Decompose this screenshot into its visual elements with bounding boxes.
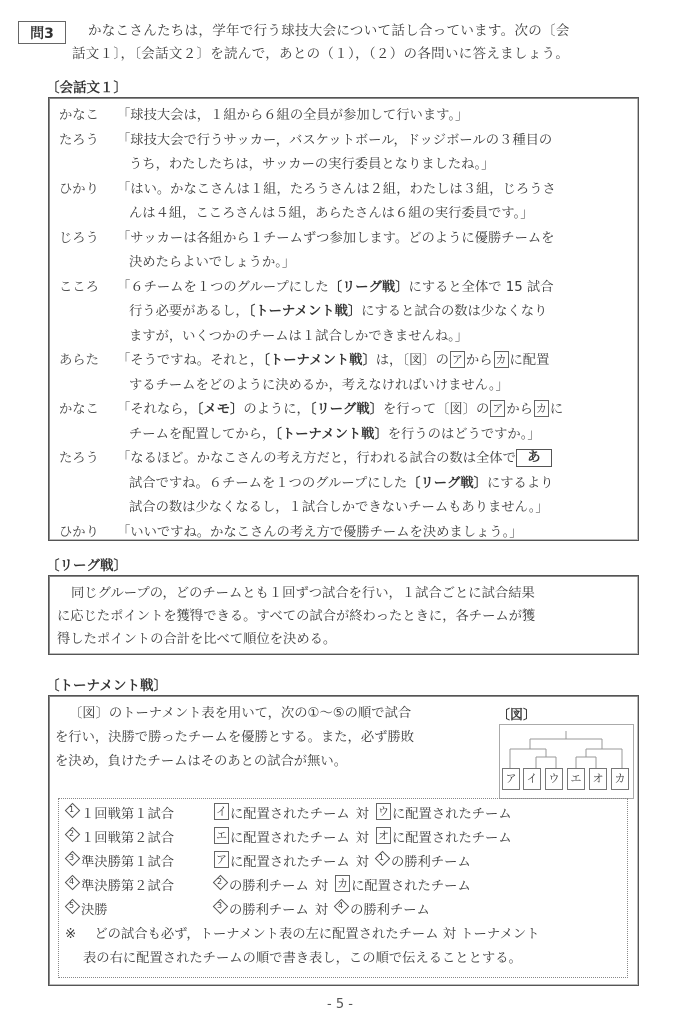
text: のように， xyxy=(243,402,309,417)
speaker: こころ xyxy=(59,276,117,350)
speech-line: 「６チームを１つのグループにした〔リーグ戦〕にすると全体で 15 試合 xyxy=(117,280,554,295)
speaker: かなこ xyxy=(59,398,117,447)
ruby-text: とく xyxy=(57,623,69,646)
diamond-number-icon: 4 xyxy=(65,875,78,888)
slot-i: イ xyxy=(523,768,541,790)
diamond-number-icon: 5 xyxy=(65,899,78,912)
diamond-number-icon: 2 xyxy=(213,875,226,888)
slot-box: ア xyxy=(214,851,229,868)
ruby-text: かくとく xyxy=(177,600,201,623)
slot-box: カ xyxy=(335,875,350,892)
ruby-kakutoku: かくとく獲得 xyxy=(177,609,204,624)
tournament-description: 〔図〕のトーナメント表を用いて，次の①～⑤の順で試合 を行い，決勝で勝ったチーム… xyxy=(63,702,491,774)
slot-box: エ xyxy=(214,827,229,844)
match-step-1: 1 １回戦第１試合 イに配置されたチーム 対 ウに配置されたチーム xyxy=(65,803,627,827)
diamond-number-icon: 3 xyxy=(213,899,226,912)
speech: 「そうですね。それと，〔トーナメント戦〕は，〔図〕のアからカに配置 するチームを… xyxy=(117,349,630,398)
conversation1-box: かなこ 「球技大会は，１組から６組の全員が参加して行います。」 たろう 「球技大… xyxy=(48,97,639,541)
text: の勝利チーム xyxy=(391,851,471,875)
speaker: ひかり xyxy=(59,178,117,227)
match-name: １回戦第２試合 xyxy=(81,827,213,851)
slot-a: ア xyxy=(502,768,520,790)
speech-line: 決めたらよいでしょうか。」 xyxy=(117,251,630,276)
speaker: じろう xyxy=(59,227,117,276)
match-step-3: 3 準決勝第１試合 アに配置されたチーム 対 1の勝利チーム xyxy=(65,851,627,875)
speech-line: 「それなら，〔メモ〕のように，〔リーグ戦〕を行って〔図〕のアからカに xyxy=(117,402,563,417)
text: に配置 xyxy=(510,353,550,368)
text: にするより xyxy=(487,476,553,491)
slot-a-box: ア xyxy=(450,351,465,368)
match-step-4: 4 準決勝第２試合 2の勝利チーム 対 カに配置されたチーム xyxy=(65,875,627,899)
speech: 「球技大会は，１組から６組の全員が参加して行います。」 xyxy=(117,104,630,129)
speech-line: チームを配置してから，〔トーナメント戦〕を行うのはどうですか。」 xyxy=(117,423,630,448)
diamond-number: 2 xyxy=(213,875,226,888)
memo-ref: 〔メモ〕 xyxy=(197,402,244,417)
ruby-toku: とく得 xyxy=(57,632,70,647)
match-name: 準決勝第２試合 xyxy=(81,875,213,899)
speech-line: んは４組，こころさんは５組，あらたさんは６組の実行委員です。」 xyxy=(117,202,630,227)
diamond-number: 2 xyxy=(65,827,78,840)
diamond-number-icon: 2 xyxy=(65,827,78,840)
text: に応じたポイントを xyxy=(57,609,177,624)
text: 「６チームを１つのグループにした xyxy=(117,280,329,295)
slot-box: ウ xyxy=(376,803,391,820)
speech: 「いいですね。かなこさんの考え方で優勝チームを決めましょう。」 xyxy=(117,521,630,546)
speech-line: 試合ですね。６チームを１つのグループにした〔リーグ戦〕にするより xyxy=(117,472,630,497)
match-step-5: 5 決勝 3の勝利チーム 対 4の勝利チーム xyxy=(65,899,627,923)
speech: 「はい。かなこさんは１組，たろうさんは２組，わたしは３組，じろうさ んは４組，こ… xyxy=(117,178,630,227)
text: にすると全体で 15 試合 xyxy=(408,280,553,295)
text: に xyxy=(550,402,563,417)
speech: 「サッカーは各組から１チームずつ参加します。どのように優勝チームを 決めたらよい… xyxy=(117,227,630,276)
question-number-box: 問3 xyxy=(18,21,66,44)
diamond-number-icon: 1 xyxy=(375,851,388,864)
match-step-2: 2 １回戦第２試合 エに配置されたチーム 対 オに配置されたチーム xyxy=(65,827,627,851)
match-name: 準決勝第１試合 xyxy=(81,851,213,875)
versus: 対 xyxy=(315,875,328,899)
text: の勝利チーム xyxy=(229,875,309,899)
diamond-number: 5 xyxy=(65,899,78,912)
text: 行う必要があるし， xyxy=(129,304,249,319)
speaker: たろう xyxy=(59,447,117,521)
slot-ka: カ xyxy=(611,768,629,790)
note-line-2: 表の右に配置されたチームの順で書き表し，この順で伝えることとする。 xyxy=(65,947,627,971)
text: 「それなら， xyxy=(117,402,197,417)
dialog-turn: あらた 「そうですね。それと，〔トーナメント戦〕は，〔図〕のアからカに配置 する… xyxy=(59,349,630,398)
text: を行って〔図〕の xyxy=(383,402,489,417)
text: 試合ですね。６チームを１つのグループにした xyxy=(129,476,407,491)
speaker: たろう xyxy=(59,129,117,178)
question-intro: かなこさんたちは，学年で行う球技大会について話し合っています。次の〔会 話文１〕… xyxy=(88,20,643,66)
diamond-number: 3 xyxy=(213,899,226,912)
diamond-number: 4 xyxy=(334,899,347,912)
diamond-number: 1 xyxy=(375,851,388,864)
text: に配置されたチーム xyxy=(230,803,350,827)
ruby-text: かく xyxy=(522,600,534,623)
desc-line: 〔図〕のトーナメント表を用いて，次の①～⑤の順で試合 xyxy=(63,702,491,726)
speech-line: うち，わたしたちは，サッカーの実行委員となりましたね。」 xyxy=(117,153,630,178)
text: したポイントの合計を比べて順位を決める。 xyxy=(70,632,336,647)
text: に配置されたチーム xyxy=(230,827,350,851)
text: に配置されたチーム xyxy=(392,827,512,851)
league-line-3: とく得したポイントの合計を比べて順位を決める。 xyxy=(57,628,632,651)
speech-line: 「はい。かなこさんは１組，たろうさんは２組，わたしは３組，じろうさ xyxy=(117,182,556,197)
dialog-turn: ひかり 「いいですね。かなこさんの考え方で優勝チームを決めましょう。」 xyxy=(59,521,630,546)
league-line-2: に応じたポイントをかくとく獲得できる。すべての試合が終わったときに，各チームがか… xyxy=(57,605,632,628)
league-line-1: 同じグループの，どのチームとも１回ずつ試合を行い，１試合ごとに試合結果 xyxy=(57,582,632,605)
text: 「なるほど。かなこさんの考え方だと，行われる試合の数は全体で xyxy=(117,451,516,466)
slot-u: ウ xyxy=(545,768,563,790)
text: を行うのはどうですか。」 xyxy=(388,427,541,442)
speech: 「６チームを１つのグループにした〔リーグ戦〕にすると全体で 15 試合 行う必要… xyxy=(117,276,630,350)
note-line-1: どの試合も必ず，トーナメント表の左に配置されたチーム 対 トーナメント xyxy=(94,927,539,942)
slot-ka-box: カ xyxy=(494,351,509,368)
diamond-number: 3 xyxy=(65,851,78,864)
text: の勝利チーム xyxy=(350,899,430,923)
league-ref: 〔リーグ戦〕 xyxy=(310,402,383,417)
diamond-number: 1 xyxy=(65,803,78,816)
text: に配置されたチーム xyxy=(230,851,350,875)
slot-box: オ xyxy=(376,827,391,844)
text: チームを配置してから， xyxy=(129,427,275,442)
speech-line: 「球技大会で行うサッカー，バスケットボール，ドッジボールの３種目の xyxy=(117,133,552,148)
tournament-ref: 〔トーナメント戦〕 xyxy=(249,304,362,319)
dialog-turn: たろう 「なるほど。かなこさんの考え方だと，行われる試合の数は全体であ 試合です… xyxy=(59,447,630,521)
match-name: １回戦第１試合 xyxy=(81,803,213,827)
league-label: 〔リーグ戦〕 xyxy=(46,554,127,574)
diamond-number: 4 xyxy=(65,875,78,888)
text: に配置されたチーム xyxy=(351,875,471,899)
slot-a-box: ア xyxy=(490,400,505,417)
dialog-turn: ひかり 「はい。かなこさんは１組，たろうさんは２組，わたしは３組，じろうさ んは… xyxy=(59,178,630,227)
ruby-kaku: かく獲 xyxy=(522,609,535,624)
desc-line: を決め，負けたチームはそのあとの試合が無い。 xyxy=(55,750,491,774)
match-name: 決勝 xyxy=(81,899,213,923)
intro-line-2: 話文１〕，〔会話文２〕を読んで，あとの（１），（２）の各問いに答えましょう。 xyxy=(72,43,643,66)
speech: 「それなら，〔メモ〕のように，〔リーグ戦〕を行って〔図〕のアからカに チームを配… xyxy=(117,398,630,447)
diamond-number-icon: 4 xyxy=(334,899,347,912)
speech-line: 「なるほど。かなこさんの考え方だと，行われる試合の数は全体であ xyxy=(117,451,552,466)
text: できる。すべての試合が終わったときに，各チームが xyxy=(203,609,522,624)
tournament-note: ※ どの試合も必ず，トーナメント表の左に配置されたチーム 対 トーナメント 表の… xyxy=(65,923,627,971)
text: は，〔図〕の xyxy=(376,353,449,368)
figure-label: 〔図〕 xyxy=(497,704,536,723)
speaker: あらた xyxy=(59,349,117,398)
speech-line: 「そうですね。それと，〔トーナメント戦〕は，〔図〕のアからカに配置 xyxy=(117,353,549,368)
slot-e: エ xyxy=(567,768,585,790)
text: にすると試合の数は少なくなり xyxy=(361,304,547,319)
tournament-box: 〔図〕のトーナメント表を用いて，次の①～⑤の順で試合 を行い，決勝で勝ったチーム… xyxy=(48,695,639,986)
slot-o: オ xyxy=(589,768,607,790)
dialog-turn: たろう 「球技大会で行うサッカー，バスケットボール，ドッジボールの３種目の うち… xyxy=(59,129,630,178)
text: の勝利チーム xyxy=(229,899,309,923)
text: から xyxy=(466,353,493,368)
versus: 対 xyxy=(315,899,328,923)
versus: 対 xyxy=(356,803,369,827)
speech-line: 「サッカーは各組から１チームずつ参加します。どのように優勝チームを xyxy=(117,231,554,246)
match-order-box: 1 １回戦第１試合 イに配置されたチーム 対 ウに配置されたチーム 2 １回戦第… xyxy=(58,798,628,978)
speech-line: 行う必要があるし，〔トーナメント戦〕にすると試合の数は少なくなり xyxy=(117,300,630,325)
dialog-turn: こころ 「６チームを１つのグループにした〔リーグ戦〕にすると全体で 15 試合 … xyxy=(59,276,630,350)
dialog-turn: かなこ 「球技大会は，１組から６組の全員が参加して行います。」 xyxy=(59,104,630,129)
tournament-ref: 〔トーナメント戦〕 xyxy=(275,427,388,442)
slot-ka-box: カ xyxy=(534,400,549,417)
tournament-ref: 〔トーナメント戦〕 xyxy=(263,353,376,368)
versus: 対 xyxy=(356,827,369,851)
speech-line: ますが，いくつかのチームは１試合しかできませんね。」 xyxy=(117,325,630,350)
dialog-turn: じろう 「サッカーは各組から１チームずつ参加します。どのように優勝チームを 決め… xyxy=(59,227,630,276)
text: に配置されたチーム xyxy=(392,803,512,827)
league-ref: 〔リーグ戦〕 xyxy=(329,280,409,295)
league-box: 同じグループの，どのチームとも１回ずつ試合を行い，１試合ごとに試合結果 に応じた… xyxy=(48,575,639,655)
answer-blank-a: あ xyxy=(516,449,552,467)
note-mark: ※ xyxy=(65,927,76,942)
intro-line-1: かなこさんたちは，学年で行う球技大会について話し合っています。次の〔会 xyxy=(88,23,570,39)
speech: 「なるほど。かなこさんの考え方だと，行われる試合の数は全体であ 試合ですね。６チ… xyxy=(117,447,630,521)
slot-box: イ xyxy=(214,803,229,820)
speech: 「球技大会で行うサッカー，バスケットボール，ドッジボールの３種目の うち，わたし… xyxy=(117,129,630,178)
tournament-bracket-figure: ア イ ウ エ オ カ xyxy=(499,724,634,799)
speech-line: 試合の数は少なくなるし，１試合しかできないチームもありません。」 xyxy=(117,496,630,521)
conversation1-label: 〔会話文１〕 xyxy=(46,76,127,96)
text: 「そうですね。それと， xyxy=(117,353,263,368)
page-number: - 5 - xyxy=(0,997,680,1012)
desc-line: を行い，決勝で勝ったチームを優勝とする。また，必ず勝敗 xyxy=(55,726,491,750)
text: から xyxy=(506,402,533,417)
speaker: かなこ xyxy=(59,104,117,129)
diamond-number-icon: 3 xyxy=(65,851,78,864)
versus: 対 xyxy=(356,851,369,875)
diamond-number-icon: 1 xyxy=(65,803,78,816)
dialog-turn: かなこ 「それなら，〔メモ〕のように，〔リーグ戦〕を行って〔図〕のアからカに チ… xyxy=(59,398,630,447)
league-ref: 〔リーグ戦〕 xyxy=(407,476,487,491)
speaker: ひかり xyxy=(59,521,117,546)
tournament-label: 〔トーナメント戦〕 xyxy=(46,674,167,694)
speech-line: するチームをどのように決めるか，考えなければいけません。」 xyxy=(117,374,630,399)
